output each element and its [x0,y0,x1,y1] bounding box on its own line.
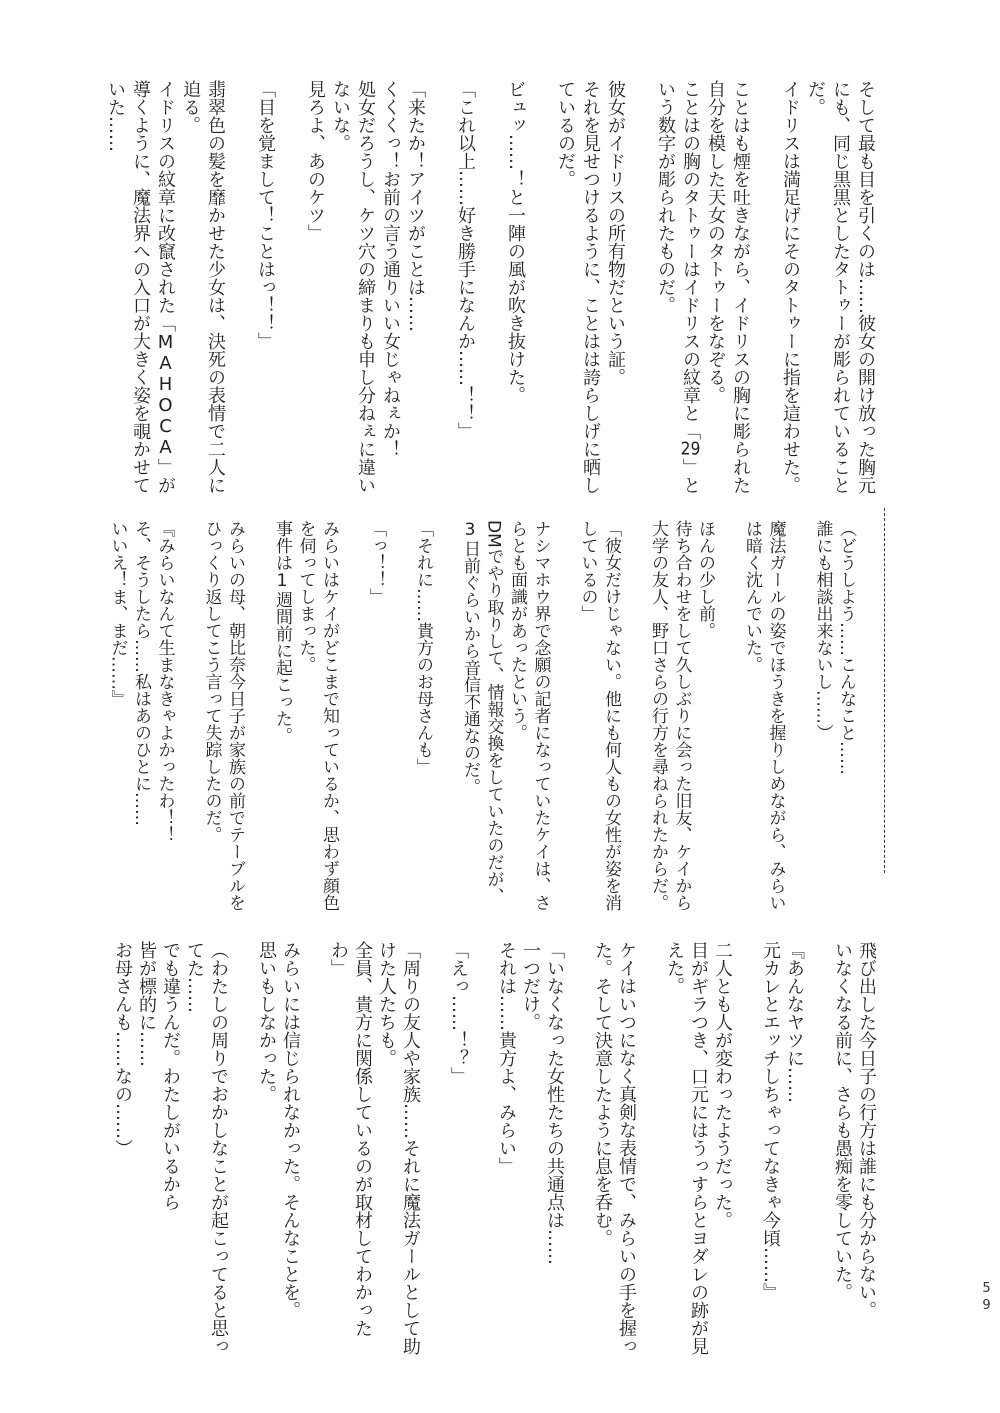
text-line: 一つだけ。 [518,941,542,1358]
text-line: いいえ！ま、まだ……』 [105,520,129,914]
blank-line [278,80,303,497]
text-line: 思いもしなかった。 [254,941,278,1358]
blank-line [176,520,200,914]
text-line: そ、そうしたら……私はあのひとに…… [129,520,153,914]
text-line: 「目を覚まして！ことはっ！！」 [253,80,278,497]
blank-line [228,80,253,497]
blank-line [302,941,326,1358]
text-line: 元カレとエッチしちゃってなきゃ今頃……』 [758,941,782,1358]
scene-divider-line [884,508,885,873]
upright-digit: 3 [460,520,480,540]
text-line: それは……貴方よ、みらい」 [494,941,518,1358]
text-line: 処女だろうし、ケツ穴の締まりも申し分ねぇに違いないな。 [328,80,378,497]
latin-upright: MAHOCA [155,332,176,458]
text-line: ことはも煙を吐きながら、イドリスの胸に彫られた自分を模した天女のタトゥーをなぞる… [703,80,753,497]
text-line: 「来たか！アイツがことは…… [403,80,428,497]
text-line: 「周りの友人や家族……それに魔法ガールとして助けた人たちも。 [374,941,422,1358]
blank-line [246,520,270,914]
text-line: 二人とも人が変わったようだった。 [710,941,734,1358]
text-line: 翡翠色の髪を靡かせた少女は、決死の表情で二人に迫る。 [178,80,228,497]
text-line: 『あんなヤツに…… [782,941,806,1358]
text-line: （どうしよう……こんなこと…… [834,520,858,914]
blank-line [628,80,653,497]
blank-line [552,520,576,914]
page-number: 59 [979,1281,993,1315]
blank-line [478,80,503,497]
text-line: そして最も目を引くのは……彼女の開け放った胸元にも、同じ黒黒としたタトゥーが彫ら… [803,80,878,497]
text-line: 皆が標的に…… [134,941,158,1358]
blank-line [428,80,453,497]
blank-line [230,941,254,1358]
text-line: いなくなる前に、さらも愚痴を零していた。 [830,941,854,1358]
text-line: みらいの母、朝比奈今日子が家族の前でテーブルをひっくり返してこう言って失踪したの… [199,520,246,914]
blank-line [340,520,364,914]
blank-line [753,80,778,497]
text-line: 誰にも相談出来ないし……） [810,520,834,914]
text-line: 「えっ……！？」 [446,941,470,1358]
text-line: ナシマホウ界で念願の記者になっていたケイは、さらとも面識があったという。 [505,520,552,914]
text-line: 見ろよ、あのケツ」 [303,80,328,497]
blank-line [434,520,458,914]
text-line: ケイはいつになく真剣な表情で、みらいの手を握った。そして決意したように息を呑む。 [590,941,638,1358]
text-line: みらいはケイがどこまで知っているか、思わず顔色を伺ってしまった。 [293,520,340,914]
blank-line [422,941,446,1358]
text-line: 『みらいなんて生まなきゃよかったわ！！ [152,520,176,914]
text-line: 目がギラつき、口元にはうっすらとヨダレの跡が見えた。 [662,941,710,1358]
text-line: 「っ！！」 [364,520,388,914]
text-line: 「彼女だけじゃない。他にも何人もの女性が姿を消しているの」 [575,520,622,914]
text-line: DMでやり取りして、情報交換をしていたのだが、3日前ぐらいから音信不通なのだ。 [458,520,505,914]
blank-line [387,520,411,914]
blank-line [566,941,590,1358]
text-line: 飛び出した今日子の行方は誰にも分からない。 [854,941,878,1358]
text-line: 魔法ガールの姿でほうきを握りしめながら、みらいは暗く沈んでいた。 [740,520,787,914]
text-line: 「それに……貴方のお母さんも」 [411,520,435,914]
text-section-middle: （どうしよう……こんなこと……誰にも相談出来ないし……） 魔法ガールの姿でほうき… [105,520,857,914]
text-line: お母さんも……なの……） [110,941,134,1358]
text-line: 「いなくなった女性たちの共通点は…… [542,941,566,1358]
text-line: 彼女がイドリスの所有物だという証。 [603,80,628,497]
text-line: 全員、貴方に関係しているのが取材してわかったわ」 [326,941,374,1358]
text-line: でも違うんだ。わたしがいるから [158,941,182,1358]
text-section-bottom: 飛び出した今日子の行方は誰にも分からない。いなくなる前に、さらも愚痴を零していた… [110,941,878,1358]
text-line: ほんの少し前。 [693,520,717,914]
text-line: みらいには信じられなかった。そんなことを。 [278,941,302,1358]
text-line: 待ち合わせをして久しぶりに会った旧友、ケイから大学の友人、野口さらの行方を尋ねら… [646,520,693,914]
tate-chu-yoko-number: 29 [680,440,701,458]
blank-line [787,520,811,914]
upright-digit: 1 [272,571,292,591]
text-line: くくくっ！お前の言う通りいい女じゃねぇか！ [378,80,403,497]
text-line: 事件は1週間前に起こった。 [270,520,294,914]
blank-line [528,80,553,497]
text-line: 「これ以上……好き勝手になんか……！！」 [453,80,478,497]
blank-line [470,941,494,1358]
novel-page: そして最も目を引くのは……彼女の開け放った胸元にも、同じ黒黒としたタトゥーが彫ら… [0,0,1000,1413]
text-line: イドリスは満足げにそのタトゥーに指を這わせた。 [778,80,803,497]
blank-line [806,941,830,1358]
text-line: それを見せつけるように、ことはは誇らしげに晒しているのだ。 [553,80,603,497]
text-section-top: そして最も目を引くのは……彼女の開け放った胸元にも、同じ黒黒としたタトゥーが彫ら… [103,80,878,497]
text-line: イドリスの紋章に改竄された「MAHOCA」が導くように、魔法界への入口が大きく姿… [103,80,178,497]
blank-line [638,941,662,1358]
blank-line [622,520,646,914]
text-line: ビュッ……！と一陣の風が吹き抜けた。 [503,80,528,497]
text-line: （わたしの周りでおかしなことが起こってると思ってた…… [182,941,230,1358]
blank-line [734,941,758,1358]
blank-line [716,520,740,914]
text-line: ことはの胸のタトゥーはイドリスの紋章と「29」という数字が彫られたものだ。 [653,80,703,497]
